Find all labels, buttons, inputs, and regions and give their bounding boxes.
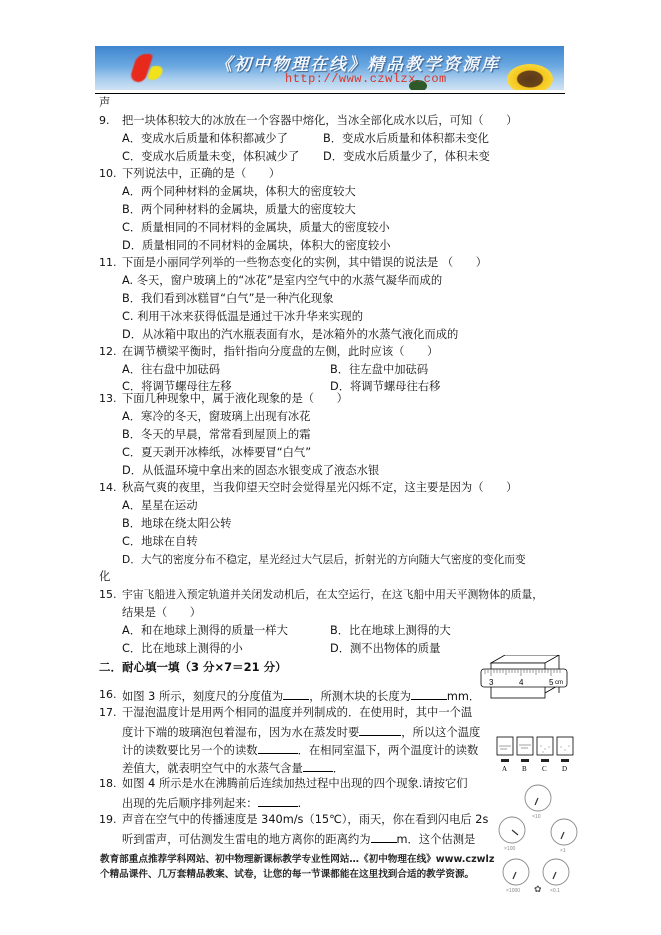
option: D．测不出物体的质量 <box>330 642 440 656</box>
option: C. 利用干冰来获得低温是通过干冰升华来实现的 <box>122 310 363 324</box>
option: B．地球在绕太阳公转 <box>122 517 231 531</box>
meter-multiplier: ×0.1 <box>550 888 560 894</box>
question-number: 16. <box>99 688 117 701</box>
ruler-tick-label: 5 <box>549 678 554 687</box>
fill-text: 声音在空气中的传播速度是 340m/s（15℃），雨天，你在看到闪电后 2s <box>122 813 488 827</box>
ruler-figure: 3 4 5 cm <box>479 655 569 700</box>
option: D．变成水后质量少了，体积未变 <box>323 150 490 164</box>
question-stem-continued: 结果是（ ） <box>122 606 201 620</box>
option: B．冬天的早晨，常常看到屋顶上的霜 <box>122 428 311 442</box>
banner-url: http://www.czwlzx.com <box>285 72 447 86</box>
option: C．质量相同的不同材料的金属块，质量大的密度较小 <box>122 221 390 235</box>
question-stem: 下面是小丽同学列举的一些物态变化的实例，其中错误的说法是 （ ） <box>122 256 487 270</box>
ruler-tick-label: 4 <box>519 678 524 687</box>
answer-blank[interactable] <box>411 688 447 700</box>
fill-line: 计的读数要比另一个的读数．在相同室温下，两个温度计的读数 <box>122 742 478 758</box>
question-number: 15. <box>99 588 117 601</box>
option: A．和在地球上测得的质量一样大 <box>122 624 288 638</box>
beaker-label: A <box>502 765 507 773</box>
site-banner: 《初中物理在线》精品教学资源库 http://www.czwlzx.com <box>95 46 564 90</box>
option: B．我们看到冰糕冒“白气”是一种汽化现象 <box>122 292 334 306</box>
fill-text: mm． <box>447 690 480 703</box>
question-number: 14. <box>99 481 117 494</box>
question-number: 18. <box>99 777 117 790</box>
fill-text: 如图 3 所示，刻度尺的分度值为 <box>122 690 283 703</box>
fill-line: 如图 3 所示，刻度尺的分度值为，所测木块的长度为mm． <box>122 688 480 704</box>
fill-text: 差值大，就表明空气中的水蒸气含量 <box>122 762 303 775</box>
section-heading: 二．耐心填一填（3 分×7＝21 分） <box>99 659 287 675</box>
page-footer: 教育部重点推荐学科网站、初中物理新课标教学专业性网站…《初中物理在线》www.c… <box>100 852 494 882</box>
fill-line: 听到雷声，可估测发生雷电的地方离你的距离约为m．这个估测是 <box>122 831 475 847</box>
footer-line: 教育部重点推荐学科网站、初中物理新课标教学专业性网站…《初中物理在线》www.c… <box>100 852 494 867</box>
question-number: 13. <box>99 392 117 405</box>
question-number: 11. <box>99 256 117 269</box>
fill-text: ． <box>333 762 344 775</box>
meter-multiplier: ×1000 <box>506 888 520 894</box>
question-stem: 下面几种现象中，属于液化现象的是（ ） <box>122 392 348 406</box>
answer-blank[interactable] <box>258 795 298 807</box>
question-number: 19. <box>99 813 117 826</box>
question-number: 17. <box>99 706 117 719</box>
option: A．寒冷的冬天，窗玻璃上出现有冰花 <box>122 410 310 424</box>
option: A．往右盘中加砝码 <box>122 363 220 377</box>
option: D．质量相同的不同材料的金属块，体积大的密度较小 <box>122 239 391 253</box>
fill-text: ，所测木块的长度为 <box>309 690 411 703</box>
fill-line: 出现的先后顺序排列起来：. <box>122 795 301 811</box>
footer-line: 个精品课件、几万套精品教案、试卷，让您的每一节课都能在这里找到合适的教学资源。 <box>100 867 494 882</box>
fill-text: 听到雷声，可估测发生雷电的地方离你的距离约为 <box>122 833 371 846</box>
answer-blank[interactable] <box>303 760 333 772</box>
beaker-label: C <box>542 765 547 773</box>
fill-text: 如图 4 所示是水在沸腾前后连续加热过程中出现的四个现象.请按它们 <box>122 777 468 791</box>
option: C．变成水后质量未变，体积减少了 <box>122 150 299 164</box>
fill-text: m．这个估测是 <box>397 833 476 846</box>
question-number: 12. <box>99 345 117 358</box>
question-stem: 宇宙飞船进入预定轨道并关闭发动机后，在太空运行，在这飞船中用天平测物体的质量， <box>122 588 543 602</box>
carryover-text: 声 <box>99 96 110 110</box>
option: A．变成水后质量和体积都减少了 <box>122 132 288 146</box>
fill-text: 出现的先后顺序排列起来： <box>122 797 258 810</box>
ruler-tick-label: 3 <box>489 678 494 687</box>
answer-blank[interactable] <box>258 742 298 754</box>
meter-multiplier: ×10 <box>532 814 541 820</box>
question-number: 9. <box>99 114 110 127</box>
fill-text: ，所以这个温度 <box>401 726 480 739</box>
fill-text: 干湿泡温度计是用两个相同的温度并列制成的．在使用时，其中一个温 <box>122 706 472 720</box>
fill-line: 差值大，就表明空气中的水蒸气含量． <box>122 760 344 776</box>
meter-multiplier: ×100 <box>504 846 515 852</box>
beakers-figure: A B C D <box>495 735 575 775</box>
option: C．夏天剥开冰棒纸，冰棒要冒“白气” <box>122 446 311 460</box>
option: B．往左盘中加砝码 <box>330 363 428 377</box>
answer-blank[interactable] <box>283 688 309 700</box>
logo-yellow-mark <box>146 66 164 80</box>
meter-multiplier: ×1 <box>560 848 566 854</box>
wrapped-text: 化 <box>99 570 110 584</box>
option: A. 冬天，窗户玻璃上的“冰花”是室内空气中的水蒸气凝华而成的 <box>122 274 442 288</box>
gear-icon: ✿ <box>534 885 542 895</box>
fill-line: 度计下端的玻璃泡包着湿布，因为水在蒸发时要，所以这个温度 <box>122 724 480 740</box>
meter-dials-figure: ×10 ×100 ×1 ×1000 ×0.1 ✿ <box>498 780 578 900</box>
question-number: 10. <box>99 167 117 180</box>
fill-text: ．在相同室温下，两个温度计的读数 <box>298 744 479 757</box>
fill-text: 度计下端的玻璃泡包着湿布，因为水在蒸发时要 <box>122 726 359 739</box>
beaker-label: B <box>522 765 527 773</box>
option: A．两个同种材料的金属块，体积大的密度较大 <box>122 185 356 199</box>
option: B．两个同种材料的金属块，质量大的密度较大 <box>122 203 356 217</box>
question-stem: 秋高气爽的夜里，当我仰望天空时会觉得星光闪烁不定，这主要是因为（ ） <box>122 481 517 495</box>
fill-text: 计的读数要比另一个的读数 <box>122 744 258 757</box>
sunflower-graphic <box>507 64 553 90</box>
answer-blank[interactable] <box>371 831 397 843</box>
question-stem: 下列说法中，正确的是（ ） <box>122 167 280 181</box>
fill-text: . <box>298 797 302 810</box>
option: D．从冰箱中取出的汽水瓶表面有水，是冰箱外的水蒸气液化而成的 <box>122 328 458 342</box>
ruler-unit-label: cm <box>555 680 563 686</box>
answer-blank[interactable] <box>359 724 401 736</box>
question-stem: 把一块体积较大的冰放在一个容器中熔化，当冰全部化成水以后，可知（ ） <box>122 114 517 128</box>
option: B．变成水后质量和体积都未变化 <box>323 132 489 146</box>
option: C．地球在自转 <box>122 535 198 549</box>
option: B．比在地球上测得的大 <box>330 624 451 638</box>
beaker-label: D <box>562 765 567 773</box>
option: A．星星在运动 <box>122 499 198 513</box>
option: D．从低温环境中拿出来的固态水银变成了液态水银 <box>122 464 379 478</box>
header-rule <box>95 93 565 94</box>
option: D．大气的密度分布不稳定，星光经过大气层后，折射光的方向随大气密度的变化而变 <box>122 553 526 567</box>
question-stem: 在调节横梁平衡时，指针指向分度盘的左侧，此时应该（ ） <box>122 345 438 359</box>
option: C．比在地球上测得的小 <box>122 642 243 656</box>
